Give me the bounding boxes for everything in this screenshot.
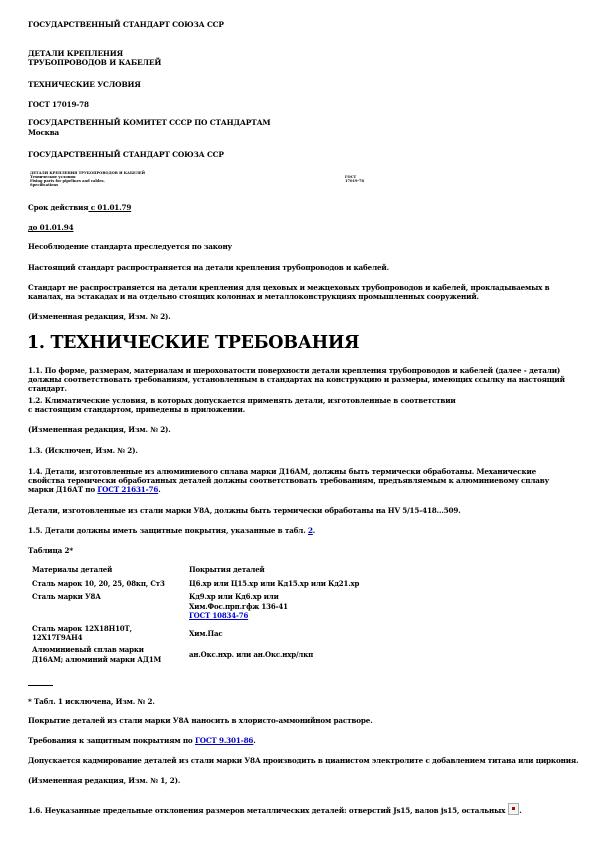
coating-note: Покрытие деталей из стали марки У8А нано… <box>28 716 373 725</box>
table-header-coating: Покрытия деталей <box>189 565 265 574</box>
gost-10834-link[interactable]: ГОСТ 10834-76 <box>189 611 248 620</box>
footnote-divider <box>28 685 53 686</box>
paragraph-1-1: 1.1. По форме, размерам, материалам и ше… <box>28 366 568 393</box>
requirements-end: . <box>253 736 255 745</box>
paragraph-1-5-end: . <box>313 526 315 535</box>
revision-note: (Измененная редакция, Изм. № 2). <box>28 312 171 321</box>
gost-number: ГОСТ 17019-78 <box>28 100 89 109</box>
table-row-4-coating: ан.Окс.нхр. или ан.Окс.нхр/лкп <box>189 650 313 659</box>
scope-paragraph: Настоящий стандарт распространяется на д… <box>28 263 389 272</box>
table-row-3-material-2: 12Х17Г9АН4 <box>32 633 82 642</box>
validity-from-date: с 01.01.79 <box>88 203 131 212</box>
exclusion-paragraph: Стандарт не распространяется на детали к… <box>28 283 568 301</box>
section-heading: 1. ТЕХНИЧЕСКИЕ ТРЕБОВАНИЯ <box>27 333 359 353</box>
paragraph-1-5: 1.5. Детали должны иметь защитные покрыт… <box>28 526 315 535</box>
requirements-text: Требования к защитным покрытиям по <box>28 736 195 745</box>
city: Москва <box>28 128 59 137</box>
law-notice: Несоблюдение стандарта преследуется по з… <box>28 242 232 251</box>
revision-note-1-2: (Измененная редакция, Изм. № 1, 2). <box>28 776 180 785</box>
gost-9301-link[interactable]: ГОСТ 9.301-86 <box>195 736 253 745</box>
doc-subtitle: ТЕХНИЧЕСКИЕ УСЛОВИЯ <box>28 80 141 89</box>
table-header-material: Материалы деталей <box>32 565 112 574</box>
broken-image-icon <box>508 803 519 815</box>
validity-to: до 01.01.94 <box>28 223 73 232</box>
paragraph-1-4: 1.4. Детали, изготовленные из алюминиево… <box>28 467 568 494</box>
paragraph-1-2: 1.2. Климатические условия, в которых до… <box>28 396 458 414</box>
table-row-4-material-1: Алюминиевый сплав марки <box>32 645 144 654</box>
paragraph-1-6-text: 1.6. Неуказанные предельные отклонения р… <box>28 806 505 815</box>
table-caption: Таблица 2* <box>28 546 73 555</box>
validity-from: Срок действия с 01.01.79 <box>28 203 131 212</box>
paragraph-1-5-text: 1.5. Детали должны иметь защитные покрыт… <box>28 526 308 535</box>
standard-title: ГОСУДАРСТВЕННЫЙ СТАНДАРТ СОЮЗА ССР <box>28 20 224 29</box>
table-row-4-material-2: Д16АМ; алюминий марки АД1М <box>32 655 161 664</box>
paragraph-1-6: 1.6. Неуказанные предельные отклонения р… <box>28 803 522 815</box>
table-row-2-coating-2: Хим.Фос.прп.гфж 136-41 <box>189 602 288 611</box>
table-row-1-coating: Ц6.хр или Ц15.хр или Кд15.хр или Кд21.хр <box>189 579 359 588</box>
title-block-left-4: Specifications <box>30 183 58 187</box>
doc-title-line2: ТРУБОПРОВОДОВ И КАБЕЛЕЙ <box>28 58 161 67</box>
title-block-right-2: 17019-78 <box>345 179 364 183</box>
cadmium-note: Допускается кадмирование деталей из стал… <box>28 756 578 765</box>
table-row-3-material-1: Сталь марок 12Х18Н10Т, <box>32 624 132 633</box>
requirements-note: Требования к защитным покрытиям по ГОСТ … <box>28 736 256 745</box>
validity-label: Срок действия <box>28 203 88 212</box>
standard-title-repeat: ГОСУДАРСТВЕННЫЙ СТАНДАРТ СОЮЗА ССР <box>28 150 224 159</box>
paragraph-1-4-end: . <box>158 485 160 494</box>
paragraph-1-3: 1.3. (Исключен, Изм. № 2). <box>28 446 138 455</box>
table-row-2-material: Сталь марки У8А <box>32 592 101 601</box>
table-footnote: * Табл. 1 исключена, Изм. № 2. <box>28 697 155 706</box>
committee: ГОСУДАРСТВЕННЫЙ КОМИТЕТ СССР ПО СТАНДАРТ… <box>28 118 270 127</box>
table-row-2-coating-1: Кд9.хр или Кд6.хр или <box>189 592 279 601</box>
paragraph-1-4b: Детали, изготовленные из стали марки У8А… <box>28 506 461 515</box>
doc-title-line1: ДЕТАЛИ КРЕПЛЕНИЯ <box>28 49 123 58</box>
table-row-1-material: Сталь марок 10, 20, 25, 08кп, Ст3 <box>32 579 165 588</box>
table-row-3-coating: Хим.Пас <box>189 629 223 638</box>
paragraph-1-2-revision: (Измененная редакция, Изм. № 2). <box>28 425 171 434</box>
gost-21631-link[interactable]: ГОСТ 21631-76 <box>97 485 158 494</box>
